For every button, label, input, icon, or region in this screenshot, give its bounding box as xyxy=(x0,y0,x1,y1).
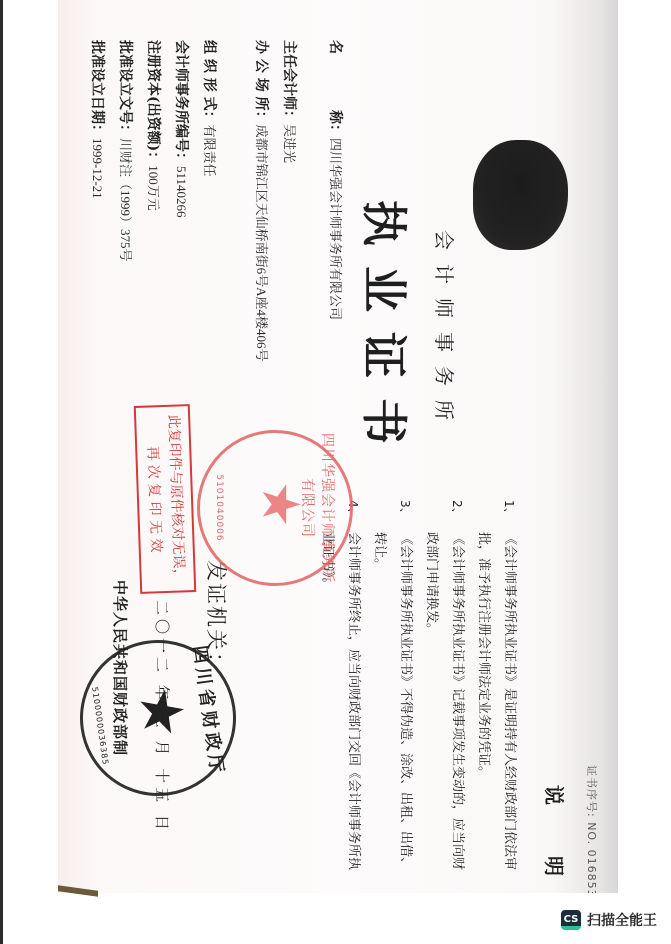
field-label: 组 织 形 式： xyxy=(200,40,220,125)
issue-date: 二〇一二 年 三 月 十五 日 xyxy=(152,600,173,834)
note-text: 《会计师事务所执业证书》记载事项发生变动的，应当向财政部门申请换发。 xyxy=(424,532,465,870)
field-approval-date: 批准设立日期：1999-12-21 xyxy=(88,40,108,199)
field-label: 批准设立文号： xyxy=(116,40,136,138)
note-number: 1、 xyxy=(496,500,522,520)
firm-seal-code: 5101040006 xyxy=(214,433,224,583)
certificate-document: 证书序号: NO. 016853 说 明 1、 《会计师事务所执业证书》是证明持… xyxy=(58,0,618,893)
note-number: 2、 xyxy=(444,500,470,520)
notes-heading: 说 明 xyxy=(541,785,570,893)
field-value: 100万元 xyxy=(146,165,161,211)
field-value: 有限责任 xyxy=(202,125,217,177)
note-item: 3、 《会计师事务所执业证书》不得伪造、涂改、出租、出借、转让。 xyxy=(366,500,418,870)
field-label: 批准设立日期： xyxy=(88,40,108,138)
copy-verification-stamp: 此复印件与原件核对无误， 再 次 复 印 无 效 xyxy=(134,404,197,594)
field-firm-number: 会计师事务所编号：51140266 xyxy=(172,40,192,218)
camscanner-logo-icon: CS xyxy=(561,910,581,930)
field-registered-capital: 注册资本(出资额)：100万元 xyxy=(144,40,164,211)
field-value: 四川华强会计师事务所有限公司 xyxy=(328,138,343,320)
certificate-title: 执业证书 xyxy=(354,200,420,464)
field-value: 川财注（1999）375号 xyxy=(118,138,133,262)
redacted-photo xyxy=(473,140,568,250)
note-item: 2、 《会计师事务所执业证书》记载事项发生变动的，应当向财政部门申请换发。 xyxy=(418,500,470,870)
scan-edge xyxy=(0,0,3,944)
copy-stamp-line: 此复印件与原件核对无误， xyxy=(162,414,190,583)
note-item: 1、 《会计师事务所执业证书》是证明持有人经财政部门依法审批，准予执行注册会计师… xyxy=(470,500,522,870)
note-text: 《会计师事务所执业证书》是证明持有人经财政部门依法审批，准予执行注册会计师法定业… xyxy=(476,532,517,870)
scanner-watermark: CS 扫描全能王 xyxy=(561,910,657,930)
field-name: 名 称：四川华强会计师事务所有限公司 xyxy=(326,40,346,320)
field-value: 51140266 xyxy=(174,166,189,218)
field-chief-accountant: 主任会计师：吴进光 xyxy=(280,40,300,163)
certificate-number: 证书序号: NO. 016853 xyxy=(584,765,600,893)
field-label: 办 公 场 所： xyxy=(252,40,272,125)
star-icon: ★ xyxy=(250,481,310,528)
firm-seal: 四川华强会计师事务所有限公司 ★ 5101040006 xyxy=(197,430,353,586)
field-value: 成都市锦江区天仙桥南街6号A座4楼406号 xyxy=(254,125,269,362)
field-approval-document: 批准设立文号：川财注（1999）375号 xyxy=(116,40,136,262)
watermark-text: 扫描全能王 xyxy=(587,910,657,930)
field-value: 1999-12-21 xyxy=(90,138,105,199)
field-office-address: 办 公 场 所：成都市锦江区天仙桥南街6号A座4楼406号 xyxy=(252,40,272,362)
notes-list: 1、 《会计师事务所执业证书》是证明持有人经财政部门依法审批，准予执行注册会计师… xyxy=(314,500,522,870)
note-text: 《会计师事务所执业证书》不得伪造、涂改、出租、出借、转让。 xyxy=(372,532,413,870)
field-value: 吴进光 xyxy=(282,124,297,163)
field-label: 会计师事务所编号： xyxy=(172,40,192,166)
certificate-subtitle: 会计师事务所 xyxy=(431,230,460,434)
field-label: 主任会计师： xyxy=(280,40,300,124)
field-organization-form: 组 织 形 式：有限责任 xyxy=(200,40,220,177)
field-label: 名 称： xyxy=(326,40,346,138)
scanned-page: 证书序号: NO. 016853 说 明 1、 《会计师事务所执业证书》是证明持… xyxy=(58,0,618,893)
ministry-name: 中华人民共和国财政部制 xyxy=(110,580,131,756)
note-number: 3、 xyxy=(392,500,418,520)
field-label: 注册资本(出资额)： xyxy=(144,40,164,165)
